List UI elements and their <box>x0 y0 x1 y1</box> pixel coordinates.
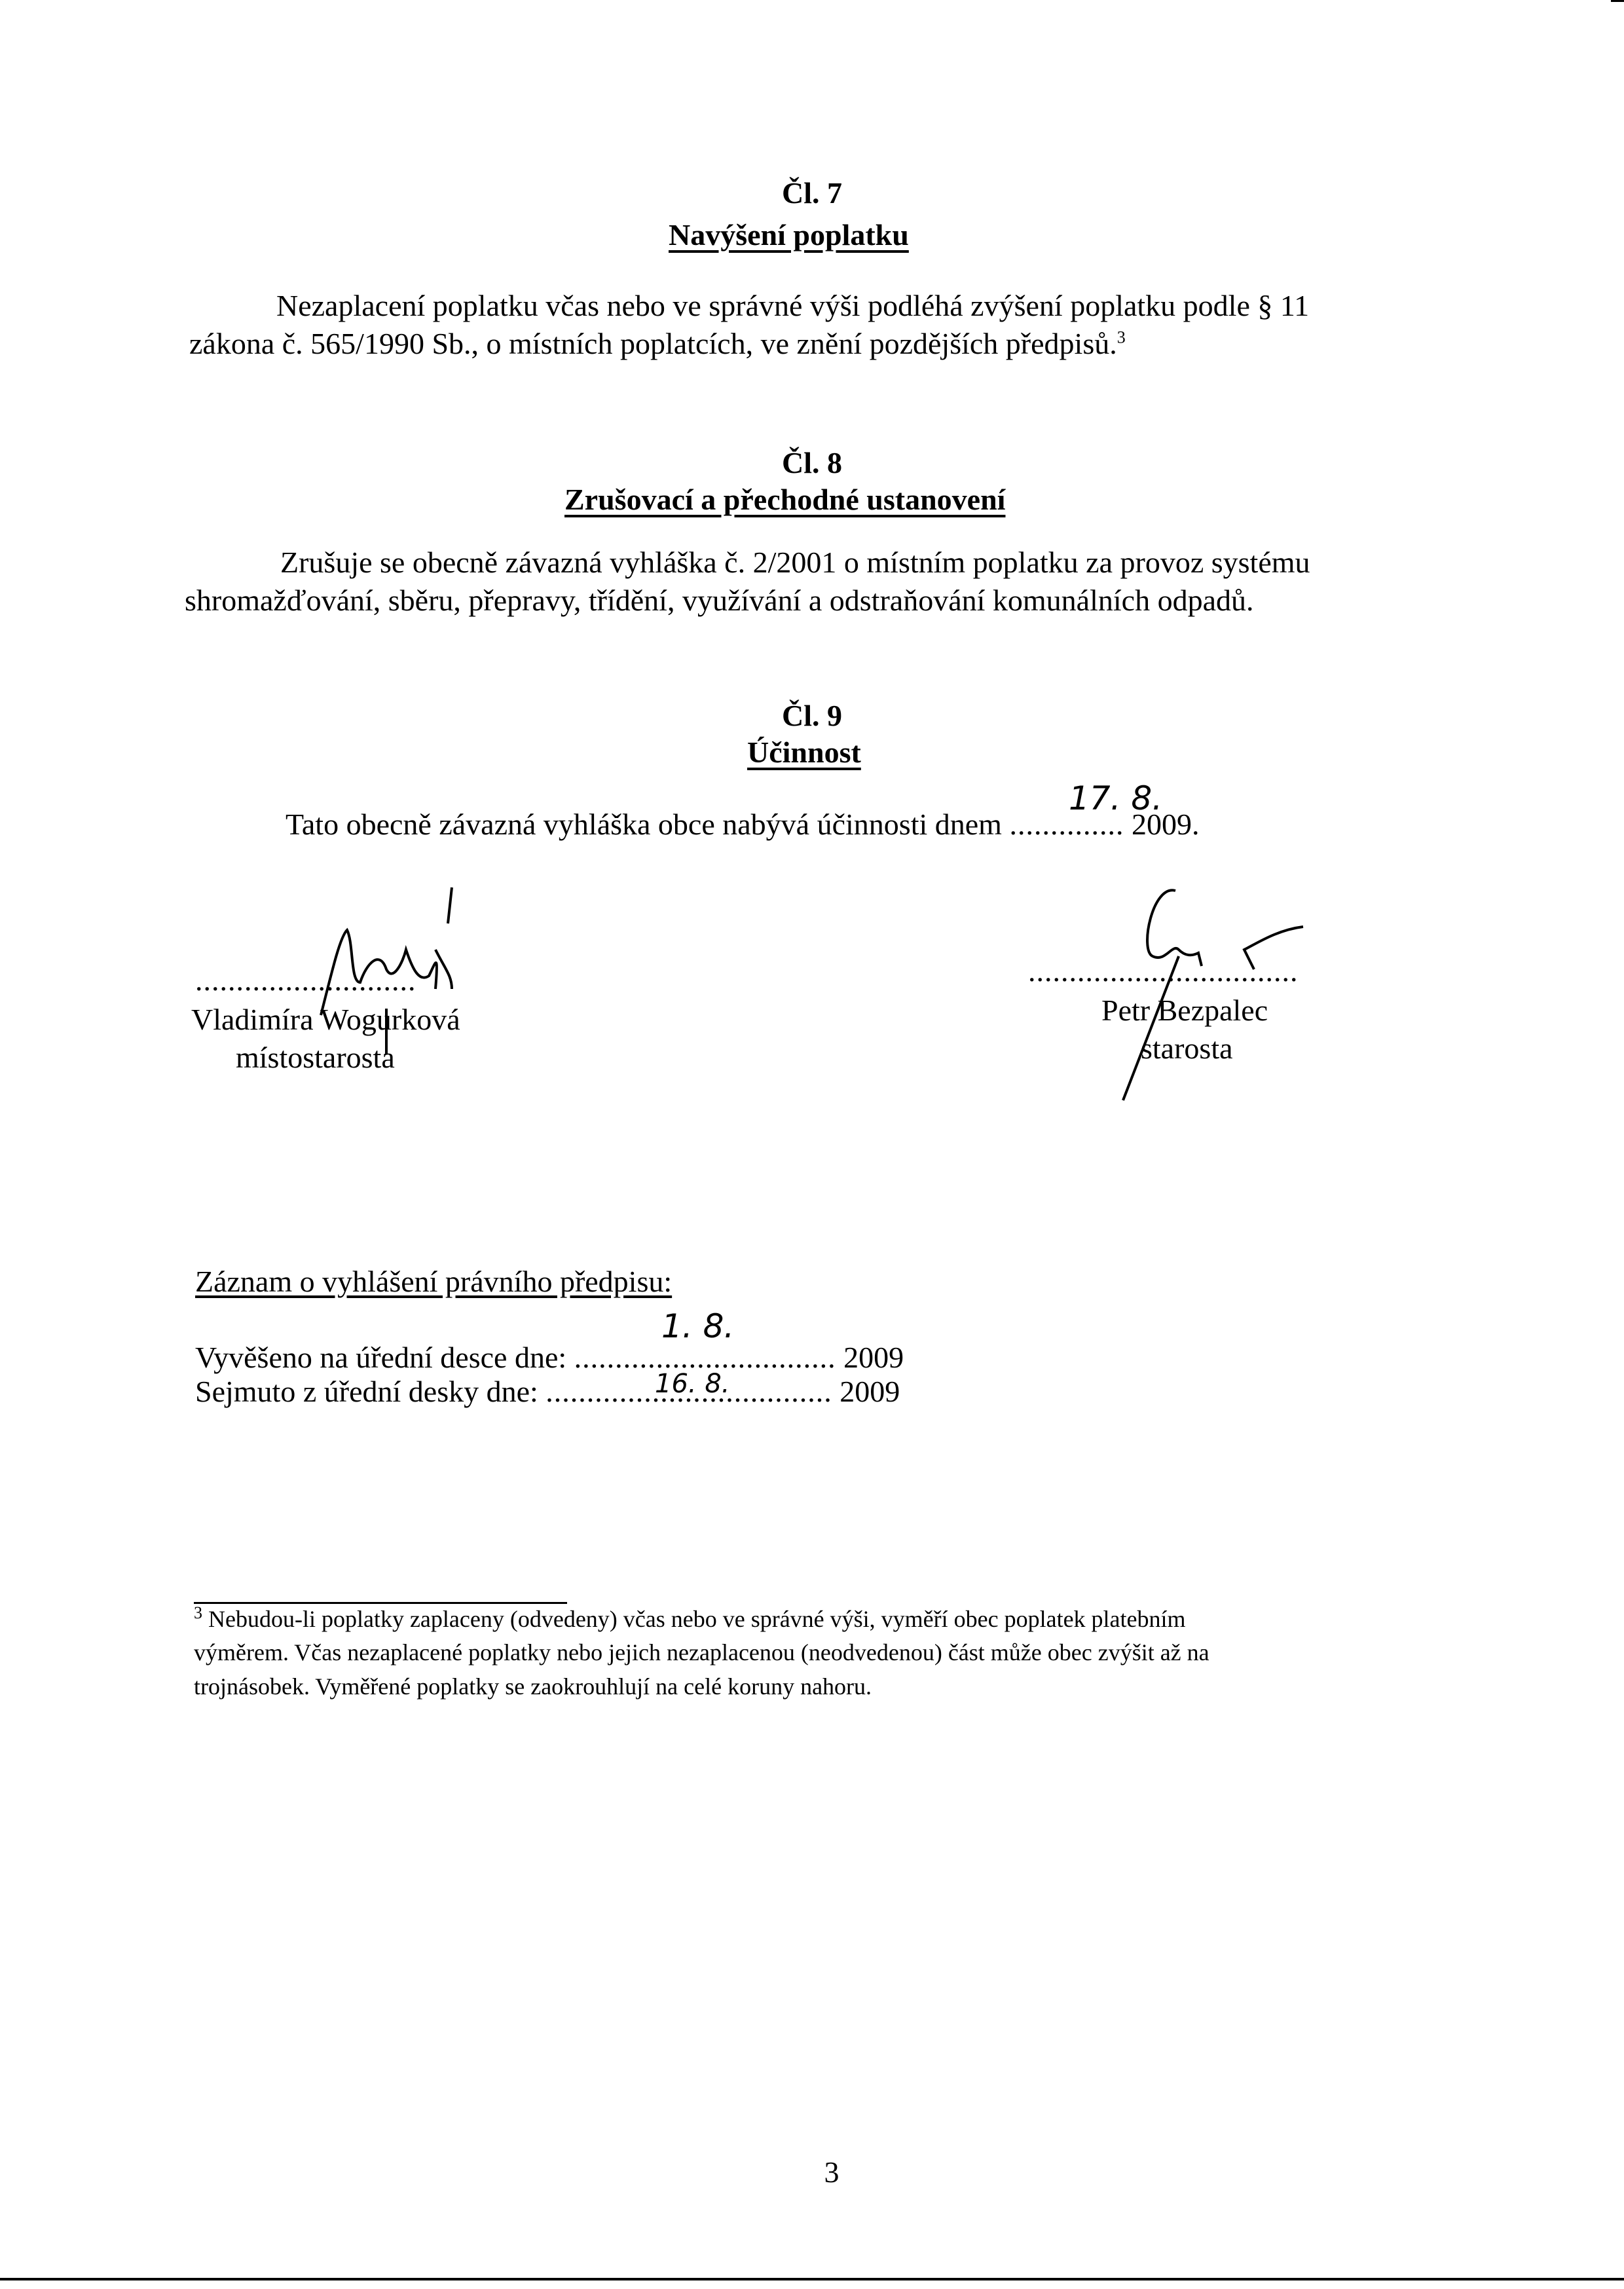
footnote-marker: 3 <box>194 1603 202 1622</box>
handwritten-removed-date: 16. 8. <box>655 1369 730 1399</box>
posted-date-line: Vyvěšeno na úřední desce dne: ..........… <box>195 1340 904 1375</box>
signature-right-name: Petr Bezpalec <box>1101 993 1268 1028</box>
article-8-paragraph-line2: shromažďování, sběru, přepravy, třídění,… <box>185 583 1253 618</box>
signature-left-name: Vladimíra Wogurková <box>191 1002 460 1037</box>
removed-date-line: Sejmuto z úřední desky dne: ............… <box>195 1374 900 1409</box>
scan-edge-mark <box>1611 0 1624 2</box>
footnote-line2: výměrem. Včas nezaplacené poplatky nebo … <box>194 1639 1209 1666</box>
article-7-number: Čl. 7 <box>0 176 1624 210</box>
article-8-number: Čl. 8 <box>0 445 1624 480</box>
article-9-paragraph: Tato obecně závazná vyhláška obce nabývá… <box>286 807 1199 842</box>
article-8-title: Zrušovací a přechodné ustanovení <box>564 482 1005 517</box>
footnote-reference[interactable]: 3 <box>1117 328 1126 347</box>
signature-right-line: ................................. <box>1028 954 1299 988</box>
footnote-line3: trojnásobek. Vyměřené poplatky se zaokro… <box>194 1673 872 1700</box>
article-9-title: Účinnost <box>747 735 861 770</box>
page-number: 3 <box>0 2155 1624 2189</box>
signature-right-role: starosta <box>1141 1031 1233 1066</box>
handwritten-effective-date: 17. 8. <box>1069 779 1162 817</box>
article-7-paragraph-line2: zákona č. 565/1990 Sb., o místních popla… <box>189 326 1126 361</box>
article-7-paragraph-line1: Nezaplacení poplatku včas nebo ve správn… <box>276 288 1309 323</box>
article-8-paragraph-line1: Zrušuje se obecně závazná vyhláška č. 2/… <box>280 545 1310 580</box>
scan-bottom-edge <box>0 2278 1624 2280</box>
article-7-title: Navýšení poplatku <box>669 217 909 252</box>
signature-left-line: ........................... <box>195 963 416 997</box>
footnote-line1: 3 Nebudou-li poplatky zaplaceny (odveden… <box>194 1603 1186 1633</box>
handwritten-posted-date: 1. 8. <box>661 1307 734 1345</box>
publication-record-title: Záznam o vyhlášení právního předpisu: <box>195 1264 672 1299</box>
article-9-number: Čl. 9 <box>0 698 1624 733</box>
signature-left-role: místostarosta <box>236 1040 395 1075</box>
